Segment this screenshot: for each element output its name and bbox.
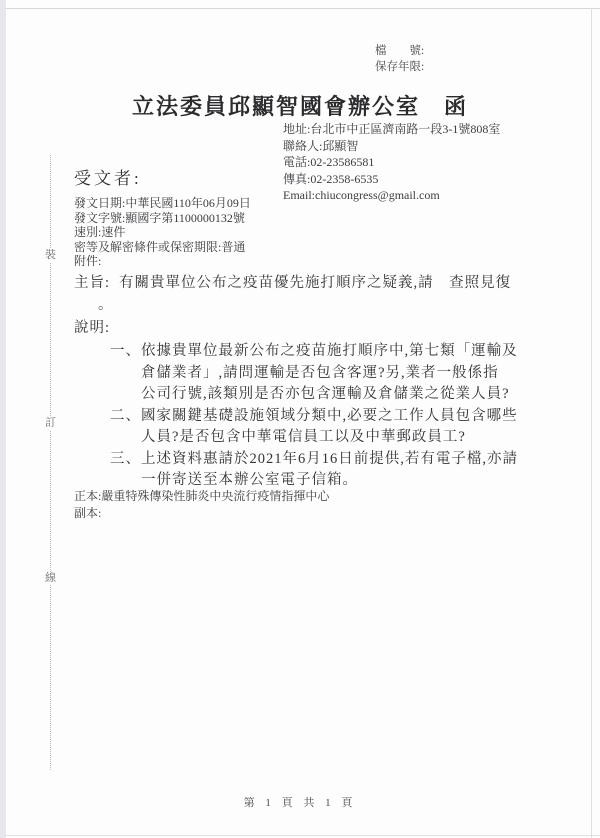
item-1-text: 依據貴單位最新公布之疫苗施打順序中,第七類「運輸及 倉儲業者」,請問運輸是否包含… [141, 341, 554, 406]
scan-border-top [6, 8, 600, 9]
file-number-label: 檔 號: [375, 44, 424, 60]
explanation-item-2: 二、 國家關鍵基礎設施領域分類中,必要之工作人員包含哪些 人員?是否包含中華電信… [110, 406, 554, 449]
scan-border-right [591, 8, 592, 838]
subject-section: 主旨: 有關貴單位公布之疫苗優先施打順序之疑義,請 查照見復 。 [74, 272, 544, 316]
binding-mark-ding: 訂 [44, 417, 57, 430]
subject-text: 有關貴單位公布之疫苗優先施打順序之疑義,請 查照見復 [119, 272, 511, 294]
recipient-label: 受文者: [74, 164, 142, 189]
subject-text-continued: 。 [74, 294, 544, 316]
explanation-item-1: 一、 依據貴單位最新公布之疫苗施打順序中,第七類「運輸及 倉儲業者」,請問運輸是… [110, 341, 554, 406]
explanation-label: 說明: [74, 318, 554, 339]
document-title: 立法委員邱顯智國會辦公室 函 [0, 90, 600, 121]
document-meta-block: 發文日期:中華民國110年06月09日 發文字號:顯國字第1100000132號… [74, 196, 251, 269]
scan-edge-left [0, 0, 6, 838]
sender-phone: 電話:02-23586581 [283, 154, 500, 171]
scan-border-bottom [6, 835, 600, 836]
explanation-items: 一、 依據貴單位最新公布之疫苗施打順序中,第七類「運輸及 倉儲業者」,請問運輸是… [110, 341, 554, 492]
binding-dotted-line [50, 155, 51, 770]
attachment-field: 附件: [74, 254, 251, 269]
original-recipient: 正本:嚴重特殊傳染性肺炎中央流行疫情指揮中心 [74, 488, 329, 505]
item-2-number: 二、 [110, 406, 141, 449]
sender-email: Email:chiucongress@gmail.com [283, 187, 500, 204]
item-2-text: 國家關鍵基礎設施領域分類中,必要之工作人員包含哪些 人員?是否包含中華電信員工以… [141, 406, 554, 449]
item-3-text: 上述資料惠請於2021年6月16日前提供,若有電子檔,亦請 一併寄送至本辦公室電… [141, 449, 554, 492]
subject-label: 主旨: [74, 272, 119, 294]
issue-date: 發文日期:中華民國110年06月09日 [74, 196, 251, 211]
binding-mark-zhuang: 裝 [44, 249, 57, 262]
copy-recipient: 副本: [74, 505, 329, 522]
file-number-block: 檔 號: 保存年限: [375, 44, 424, 75]
explanation-section: 說明: 一、 依據貴單位最新公布之疫苗施打順序中,第七類「運輸及 倉儲業者」,請… [74, 318, 554, 492]
distribution-block: 正本:嚴重特殊傳染性肺炎中央流行疫情指揮中心 副本: [74, 488, 329, 521]
explanation-item-3: 三、 上述資料惠請於2021年6月16日前提供,若有電子檔,亦請 一併寄送至本辦… [110, 449, 554, 492]
item-3-number: 三、 [110, 449, 141, 492]
page-number-footer: 第 1 頁 共 1 頁 [0, 794, 600, 810]
speed-class: 速別:速件 [74, 225, 251, 240]
document-number: 發文字號:顯國字第1100000132號 [74, 211, 251, 226]
item-1-number: 一、 [110, 341, 141, 406]
sender-fax: 傳真:02-2358-6535 [283, 171, 500, 188]
sender-contact-block: 地址:台北市中正區濟南路一段3-1號808室 聯絡人:邱顯智 電話:02-235… [283, 121, 500, 204]
sender-address: 地址:台北市中正區濟南路一段3-1號808室 [283, 121, 500, 138]
scanned-official-letter: 裝 訂 線 檔 號: 保存年限: 立法委員邱顯智國會辦公室 函 地址:台北市中正… [0, 0, 600, 838]
security-class: 密等及解密條件或保密期限:普通 [74, 240, 251, 255]
sender-contact-person: 聯絡人:邱顯智 [283, 138, 500, 155]
binding-mark-xian: 線 [44, 572, 57, 585]
retention-period-label: 保存年限: [375, 60, 424, 76]
